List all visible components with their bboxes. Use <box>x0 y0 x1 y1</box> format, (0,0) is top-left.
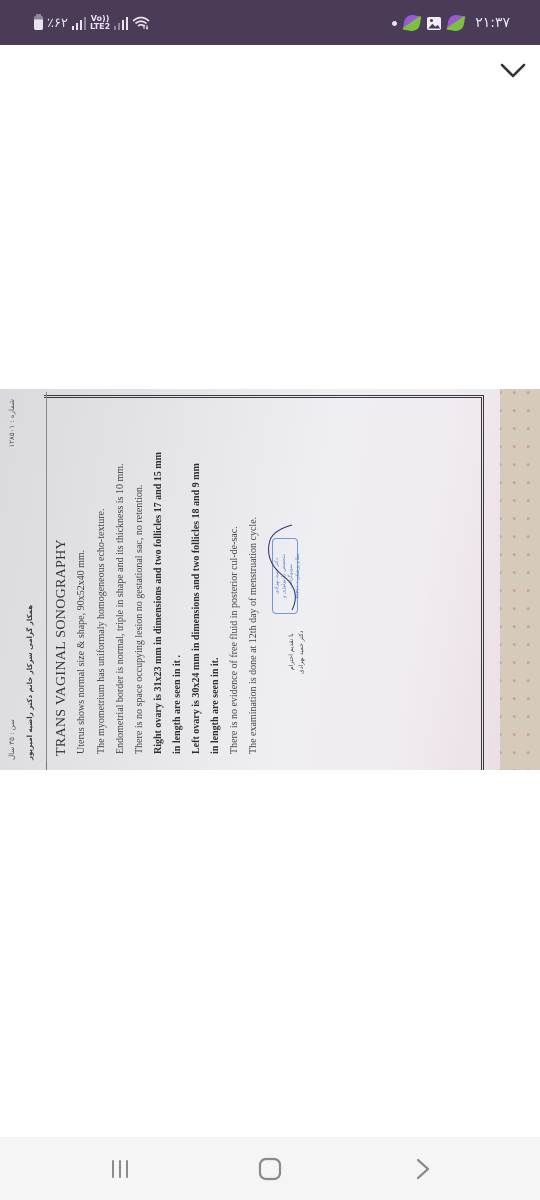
document-photo[interactable]: شماره : ۱۲۸۵۰۱ سن : ۳۵ سال همکار گرامی س… <box>0 389 540 770</box>
battery-text: ٪۶۲ <box>47 16 68 31</box>
header-divider <box>46 392 47 762</box>
signal-icon-2 <box>114 17 128 30</box>
patient-age: سن : ۳۵ سال <box>8 719 16 760</box>
signer-name: دکتر حمید بهزادی <box>298 631 305 674</box>
report-line: Endometrial border is normal, triple in … <box>115 463 126 754</box>
report-line: Uterus shows normal size & shape, 90x52x… <box>76 550 87 754</box>
report-content: شماره : ۱۲۸۵۰۱ سن : ۳۵ سال همکار گرامی س… <box>0 389 500 770</box>
recents-icon <box>109 1159 131 1179</box>
report-line: The examination is done at 12th day of m… <box>248 517 259 754</box>
report-title: TRANS VAGINAL SONOGRAPHY <box>54 539 70 756</box>
navigation-bar <box>0 1137 540 1200</box>
volte-lte2-icon: Vo)) LTE2 <box>90 15 110 31</box>
report-line: The myometrium has uniformaly homogeneou… <box>96 509 107 755</box>
battery-icon <box>34 16 43 30</box>
status-left: ٪۶۲ Vo)) LTE2 <box>34 14 150 32</box>
chevron-down-icon[interactable] <box>500 58 526 84</box>
report-line: There is no space occupying lesion no ge… <box>134 485 145 754</box>
signal-icon <box>72 17 86 30</box>
image-viewer-screen: ٪۶۲ Vo)) LTE2 ۲۱:۳۷ <box>0 0 540 1200</box>
closing-text: با تقدیم احترام <box>288 633 295 670</box>
salutation: همکار گرامی سرکار خانم دکتر راضیه امیرپو… <box>26 605 34 760</box>
table-surface <box>496 389 540 770</box>
report-line: Left ovary is 30x24 mm in dimensions and… <box>191 463 202 754</box>
recents-button[interactable] <box>100 1155 140 1183</box>
clock: ۲۱:۳۷ <box>475 15 510 31</box>
report-line: in length are seen in it . <box>172 655 183 754</box>
wifi-icon <box>132 16 150 30</box>
status-right: ۲۱:۳۷ <box>392 14 510 32</box>
app-leaf-icon <box>403 14 422 33</box>
status-bar: ٪۶۲ Vo)) LTE2 ۲۱:۳۷ <box>0 0 540 45</box>
app-leaf-icon-2 <box>447 14 466 33</box>
report-number: شماره : ۱۲۸۵۰۱ <box>8 399 16 447</box>
report-line: There is no evidence of free fluid in po… <box>229 526 240 754</box>
report-line: in length are seen in it. <box>210 658 221 754</box>
back-icon <box>415 1158 431 1180</box>
gallery-icon <box>427 17 441 30</box>
report-line: Right ovary is 31x23 mm in dimensions an… <box>153 452 164 754</box>
home-button[interactable] <box>250 1155 290 1183</box>
back-button[interactable] <box>403 1155 443 1183</box>
notification-dot-icon <box>392 21 397 26</box>
home-icon <box>258 1157 282 1181</box>
signature-mark <box>262 520 304 620</box>
